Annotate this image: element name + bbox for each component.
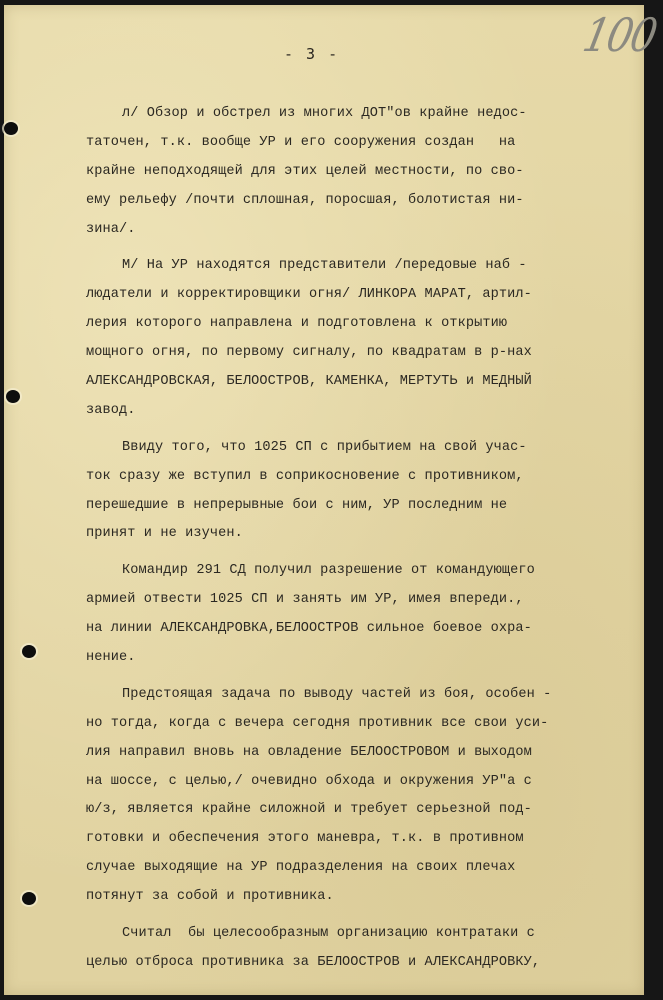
text-line: лия направил вновь на овладение БЕЛООСТР… (86, 739, 606, 768)
text-line: готовки и обеспечения этого маневра, т.к… (86, 825, 606, 854)
paragraph-l: л/ Обзор и обстрел из многих ДОТ"ов край… (86, 100, 606, 244)
binding-hole (22, 645, 36, 658)
text-line: людатели и корректировщики огня/ ЛИНКОРА… (86, 281, 606, 310)
paragraph-gap (86, 549, 606, 557)
paragraph-p4: Командир 291 СД получил разрешение от ко… (86, 557, 606, 673)
paragraph-m: М/ На УР находятся представители /передо… (86, 252, 606, 425)
paragraph-gap (86, 244, 606, 252)
text-line: мощного огня, по первому сигналу, по ква… (86, 339, 606, 368)
text-line: Предстоящая задача по выводу частей из б… (86, 681, 606, 710)
text-line: крайне неподходящей для этих целей местн… (86, 158, 606, 187)
text-line: случае выходящие на УР подразделения на … (86, 854, 606, 883)
binding-hole (22, 892, 36, 905)
text-line: Командир 291 СД получил разрешение от ко… (86, 557, 606, 586)
text-line: завод. (86, 397, 606, 426)
text-line: зина/. (86, 216, 606, 245)
paragraph-p3: Ввиду того, что 1025 СП с прибытием на с… (86, 434, 606, 550)
text-line: таточен, т.к. вообще УР и его сооружения… (86, 129, 606, 158)
text-line: нение. (86, 644, 606, 673)
paragraph-p6: Считал бы целесообразным организацию кон… (86, 920, 606, 978)
paragraph-p5: Предстоящая задача по выводу частей из б… (86, 681, 606, 912)
text-line: лерия которого направлена и подготовлена… (86, 310, 606, 339)
page-marker: - 3 - (284, 45, 339, 63)
text-line: Ввиду того, что 1025 СП с прибытием на с… (86, 434, 606, 463)
binding-hole (4, 122, 18, 135)
archive-sheet-number: 100 (578, 10, 660, 63)
text-line: армией отвести 1025 СП и занять им УР, и… (86, 586, 606, 615)
text-line: на шоссе, с целью,/ очевидно обхода и ок… (86, 768, 606, 797)
text-line: л/ Обзор и обстрел из многих ДОТ"ов край… (86, 100, 606, 129)
paragraph-gap (86, 673, 606, 681)
text-line: Считал бы целесообразным организацию кон… (86, 920, 606, 949)
text-line: перешедшие в непрерывные бои с ним, УР п… (86, 492, 606, 521)
text-line: ему рельефу /почти сплошная, поросшая, б… (86, 187, 606, 216)
binding-hole (6, 390, 20, 403)
text-line: АЛЕКСАНДРОВСКАЯ, БЕЛООСТРОВ, КАМЕНКА, МЕ… (86, 368, 606, 397)
text-line: ток сразу же вступил в соприкосновение с… (86, 463, 606, 492)
document-body: л/ Обзор и обстрел из многих ДОТ"ов край… (86, 100, 606, 978)
text-line: на линии АЛЕКСАНДРОВКА,БЕЛООСТРОВ сильно… (86, 615, 606, 644)
text-line: принят и не изучен. (86, 520, 606, 549)
paragraph-gap (86, 426, 606, 434)
text-line: целью отброса противника за БЕЛООСТРОВ и… (86, 949, 606, 978)
text-line: ю/з, является крайне силожной и требует … (86, 796, 606, 825)
text-line: потянут за собой и противника. (86, 883, 606, 912)
scanned-document: - 3 - 100 л/ Обзор и обстрел из многих Д… (0, 0, 663, 1000)
text-line: но тогда, когда с вечера сегодня противн… (86, 710, 606, 739)
text-line: М/ На УР находятся представители /передо… (86, 252, 606, 281)
paper-sheet: - 3 - 100 л/ Обзор и обстрел из многих Д… (4, 5, 644, 995)
paragraph-gap (86, 912, 606, 920)
